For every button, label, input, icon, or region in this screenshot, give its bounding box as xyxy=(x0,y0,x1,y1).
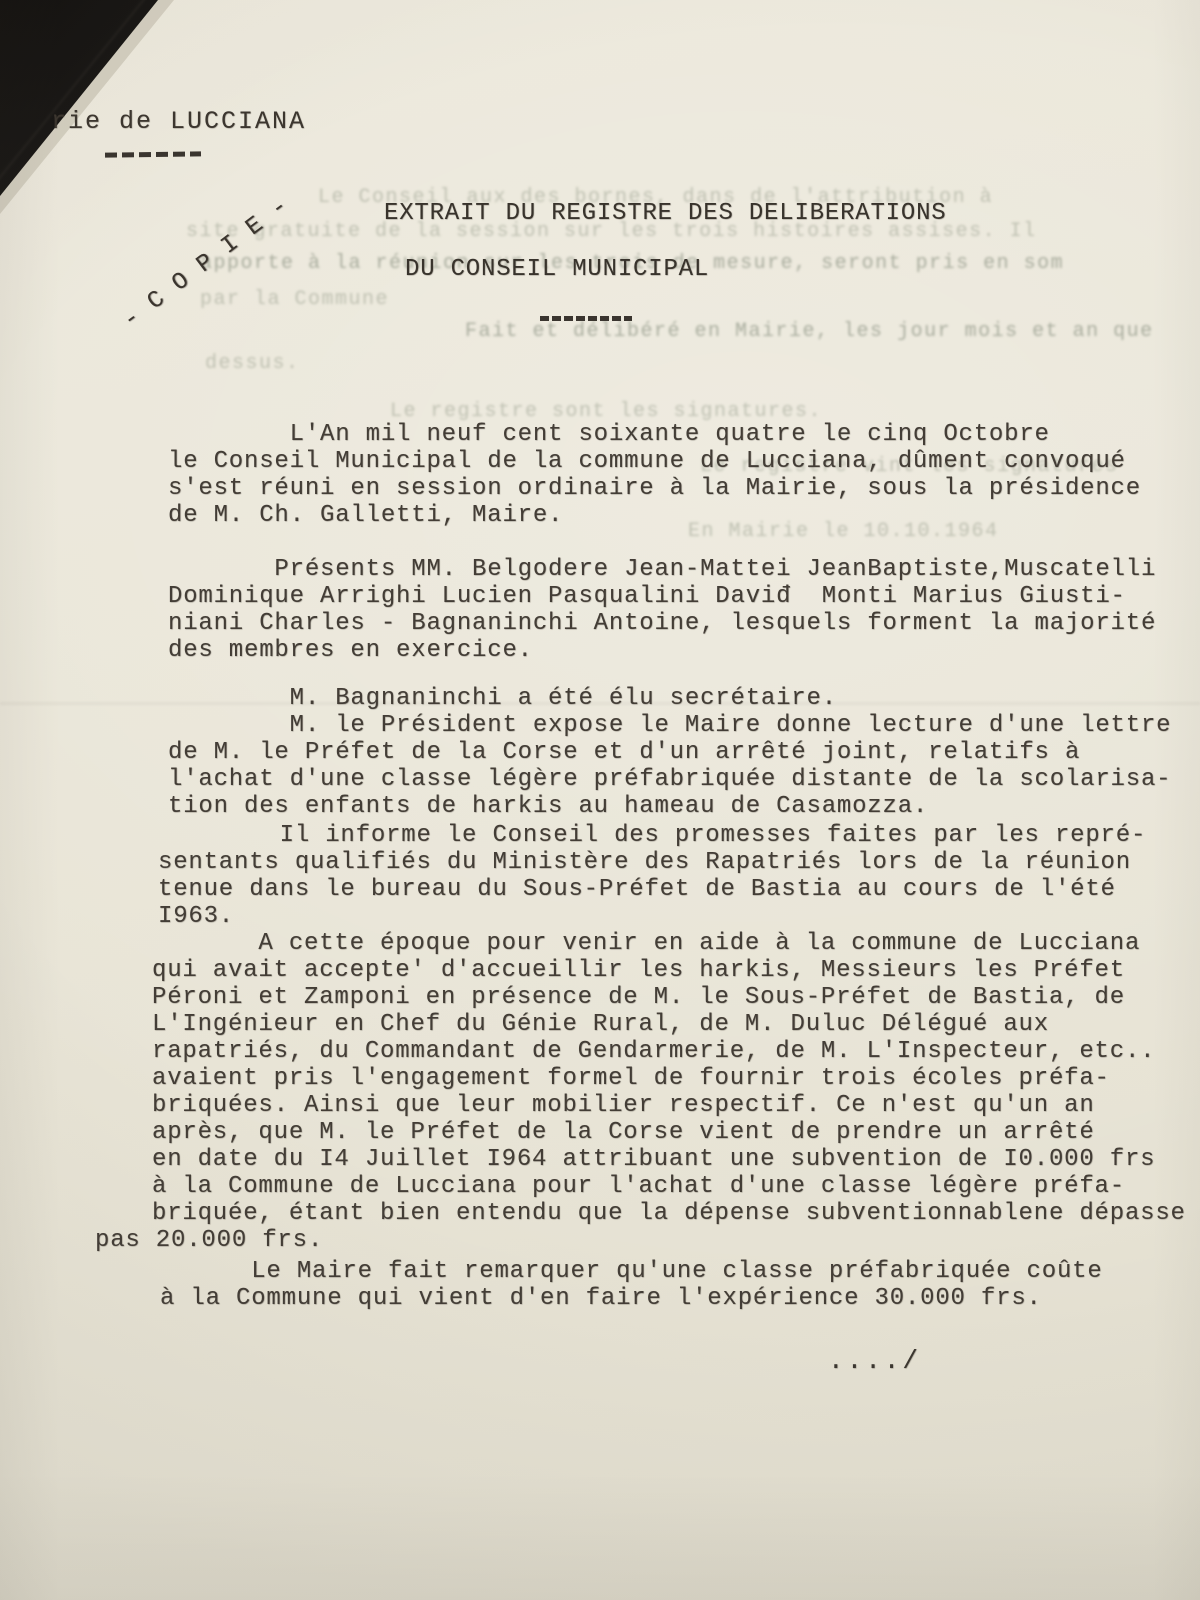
bleedthrough-line: Le registre sont les signatures. xyxy=(390,400,822,423)
text-line: briquée, étant bien entendu que la dépen… xyxy=(152,1200,1186,1227)
document-title-line1: EXTRAIT DU REGISTRE DES DELIBERATIONS xyxy=(384,200,947,227)
text-line: Le Maire fait remarquer qu'une classe pr… xyxy=(160,1258,1103,1285)
text-line: de M. le Préfet de la Corse et d'un arrê… xyxy=(168,739,1171,766)
text-line: des membres en exercice. xyxy=(168,637,1156,664)
text-line: en date du I4 Juillet I964 attribuant un… xyxy=(152,1146,1186,1173)
text-line: L'Ingénieur en Chef du Génie Rural, de M… xyxy=(152,1011,1186,1038)
text-line: Il informe le Conseil des promesses fait… xyxy=(158,822,1146,849)
text-line: de M. Ch. Galletti, Maire. xyxy=(168,502,1141,529)
text-line: A cette époque pour venir en aide à la c… xyxy=(152,930,1186,957)
mairie-underline-dashes xyxy=(105,151,201,157)
scanned-document-page: Le Conseil aux des bornes, dans de l'att… xyxy=(0,0,1200,1600)
paragraph-presents: Présents MM. Belgodere Jean-Mattei JeanB… xyxy=(168,556,1156,664)
text-line: le Conseil Municipal de la commune de Lu… xyxy=(168,448,1141,475)
text-line: l'achat d'une classe légère préfabriquée… xyxy=(168,766,1171,793)
text-line: pas 20.000 frs. xyxy=(95,1227,1186,1254)
paragraph-promesses: Il informe le Conseil des promesses fait… xyxy=(158,822,1146,930)
text-line: Péroni et Zamponi en présence de M. le S… xyxy=(152,984,1186,1011)
text-line: avaient pris l'engagement formel de four… xyxy=(152,1065,1186,1092)
paragraph-maire-remarque: Le Maire fait remarquer qu'une classe pr… xyxy=(160,1258,1103,1312)
bleedthrough-line: par la Commune xyxy=(200,288,389,311)
text-line: sentants qualifiés du Ministère des Rapa… xyxy=(158,849,1146,876)
text-line: à la Commune qui vient d'en faire l'expé… xyxy=(160,1285,1103,1312)
text-line: briquées. Ainsi que leur mobilier respec… xyxy=(152,1092,1186,1119)
mairie-label: rie de LUCCIANA xyxy=(51,108,306,135)
title-underline-dashes xyxy=(540,316,632,321)
text-line: rapatriés, du Commandant de Gendarmerie,… xyxy=(152,1038,1186,1065)
text-line: Dominique Arrighi Lucien Pasqualini Davi… xyxy=(168,583,1156,610)
text-line: s'est réuni en session ordinaire à la Ma… xyxy=(168,475,1141,502)
text-line: Présents MM. Belgodere Jean-Mattei JeanB… xyxy=(168,556,1156,583)
text-line: M. le Président expose le Maire donne le… xyxy=(168,712,1171,739)
text-line: à la Commune de Lucciana pour l'achat d'… xyxy=(152,1173,1186,1200)
paragraph-opening: L'An mil neuf cent soixante quatre le ci… xyxy=(168,421,1141,529)
paragraph-secretaire: M. Bagnaninchi a été élu secrétaire. M. … xyxy=(168,685,1171,820)
text-line: qui avait accepte' d'accueillir les hark… xyxy=(152,957,1186,984)
bleedthrough-line: dessus. xyxy=(205,352,300,375)
text-line: M. Bagnaninchi a été élu secrétaire. xyxy=(168,685,1171,712)
paragraph-epoque: A cette époque pour venir en aide à la c… xyxy=(152,930,1186,1254)
text-line: niani Charles - Bagnaninchi Antoine, les… xyxy=(168,610,1156,637)
continuation-mark: ..../ xyxy=(828,1348,921,1375)
text-line: après, que M. le Préfet de la Corse vien… xyxy=(152,1119,1186,1146)
text-line: L'An mil neuf cent soixante quatre le ci… xyxy=(168,421,1141,448)
text-line: I963. xyxy=(158,903,1146,930)
text-line: tion des enfants de harkis au hameau de … xyxy=(168,793,1171,820)
bleedthrough-line: Fait et délibéré en Mairie, les jour moi… xyxy=(465,320,1154,343)
text-line: tenue dans le bureau du Sous-Préfet de B… xyxy=(158,876,1146,903)
document-title-line2: DU CONSEIL MUNICIPAL xyxy=(405,256,709,283)
